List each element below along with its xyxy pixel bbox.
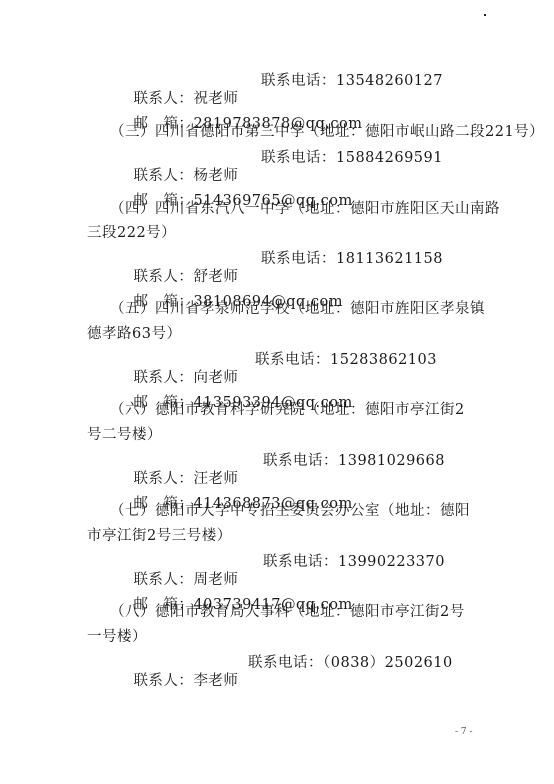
institution-heading-continued: 三段222号） xyxy=(87,224,176,242)
phone-label: 联系电话： xyxy=(261,251,336,267)
phone-number: 13981029668 xyxy=(338,453,445,469)
contact-line: 联系人：李老师 联系电话：（0838）2502610 xyxy=(113,654,238,726)
phone-group: 联系电话：18113621158 xyxy=(261,250,443,268)
page-number: - 7 - xyxy=(455,727,473,737)
phone-label: 联系电话： xyxy=(261,73,336,89)
phone-group: 联系电话：（0838）2502610 xyxy=(248,654,453,672)
phone-group: 联系电话：13981029668 xyxy=(263,452,445,470)
phone-number: 15283862103 xyxy=(330,352,437,368)
institution-heading: （八）德阳市教育局人事科（地址：德阳市亭江街2号 xyxy=(110,603,465,621)
phone-group: 联系电话：13548260127 xyxy=(261,72,443,90)
phone-number: （0838）2502610 xyxy=(323,655,453,671)
institution-heading: （四）四川省东汽八一中学（地址：德阳市旌阳区天山南路 xyxy=(110,200,500,218)
institution-heading-continued: 一号楼） xyxy=(87,628,147,646)
phone-group: 联系电话：15283862103 xyxy=(255,351,437,369)
phone-number: 18113621158 xyxy=(336,251,443,267)
institution-heading: （五）四川省孝泉师范学校（地址：德阳市旌阳区孝泉镇 xyxy=(110,300,485,318)
phone-label: 联系电话： xyxy=(248,655,323,671)
institution-heading: （三）四川省德阳市第三中学（地址：德阳市岷山路二段221号） xyxy=(110,123,544,141)
scan-mark xyxy=(484,14,486,16)
phone-number: 15884269591 xyxy=(336,150,443,166)
phone-group: 联系电话：13990223370 xyxy=(263,553,445,571)
phone-number: 13548260127 xyxy=(336,73,443,89)
phone-number: 13990223370 xyxy=(338,554,445,570)
institution-heading: （六）德阳市教育科学研究院（地址：德阳市亭江街2 xyxy=(110,401,465,419)
institution-heading-continued: 号二号楼） xyxy=(87,426,162,444)
contact-name: 李老师 xyxy=(193,673,238,689)
institution-heading-continued: 德孝路63号） xyxy=(87,325,181,343)
phone-label: 联系电话： xyxy=(263,554,338,570)
phone-label: 联系电话： xyxy=(261,150,336,166)
phone-label: 联系电话： xyxy=(255,352,330,368)
institution-heading: （七）德阳市大学中专招生委员会办公室（地址：德阳 xyxy=(110,502,470,520)
phone-label: 联系电话： xyxy=(263,453,338,469)
institution-heading-continued: 市亭江街2号三号楼） xyxy=(87,527,232,545)
contact-label: 联系人： xyxy=(133,673,193,689)
phone-group: 联系电话：15884269591 xyxy=(261,149,443,167)
document-page: 联系人：祝老师 联系电话：13548260127 邮 箱：2819783878@… xyxy=(0,0,554,784)
